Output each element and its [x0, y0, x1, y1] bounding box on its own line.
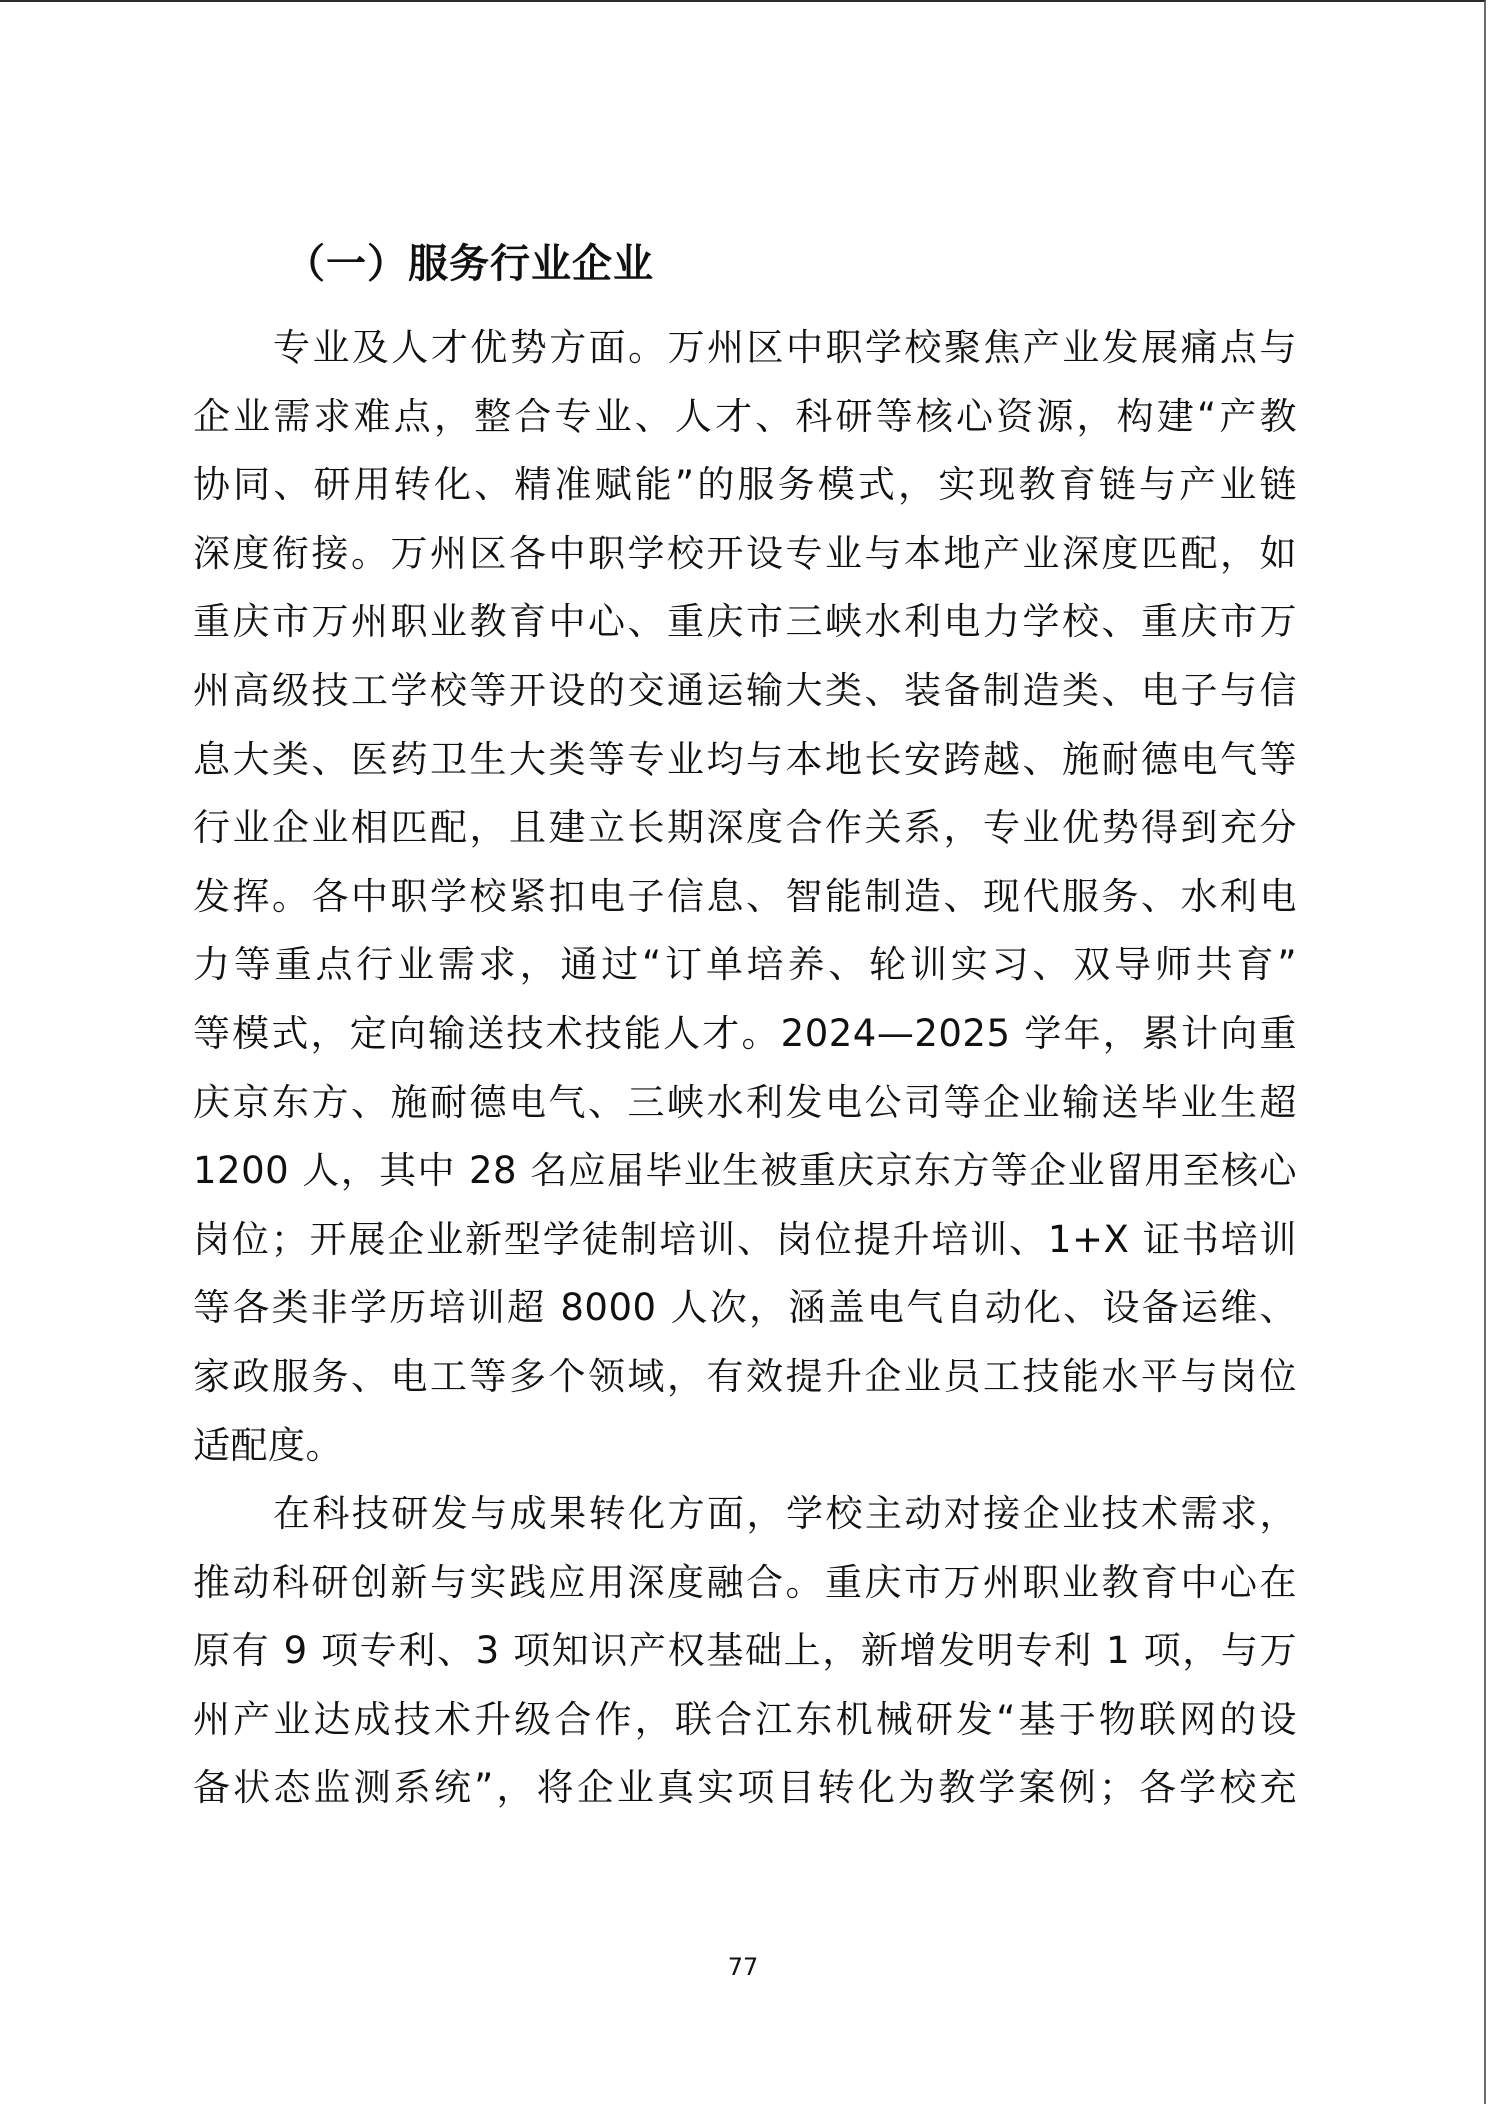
- text-line: 适配度。: [193, 1412, 1297, 1481]
- text-line: 州产业达成技术升级合作，联合江东机械研发“基于物联网的设: [193, 1686, 1297, 1755]
- text-line: 企业需求难点，整合专业、人才、科研等核心资源，构建“产教: [193, 383, 1297, 452]
- text-line: 原有 9 项专利、3 项知识产权基础上，新增发明专利 1 项，与万: [193, 1617, 1297, 1686]
- text-line: 在科技研发与成果转化方面，学校主动对接企业技术需求，: [193, 1480, 1297, 1549]
- text-line: 岗位；开展企业新型学徒制培训、岗位提升培训、1+X 证书培训: [193, 1206, 1297, 1275]
- text-line: 行业企业相匹配，且建立长期深度合作关系，专业优势得到充分: [193, 794, 1297, 863]
- page-number: 77: [0, 1952, 1486, 1982]
- text-line: 庆京东方、施耐德电气、三峡水利发电公司等企业输送毕业生超: [193, 1069, 1297, 1138]
- text-line: 力等重点行业需求，通过“订单培养、轮训实习、双导师共育”: [193, 931, 1297, 1000]
- paragraph-research-transfer: 在科技研发与成果转化方面，学校主动对接企业技术需求， 推动科研创新与实践应用深度…: [193, 1480, 1297, 1823]
- text-line: 1200 人，其中 28 名应届毕业生被重庆京东方等企业留用至核心: [193, 1137, 1297, 1206]
- text-line: 重庆市万州职业教育中心、重庆市三峡水利电力学校、重庆市万: [193, 588, 1297, 657]
- text-line: 协同、研用转化、精准赋能”的服务模式，实现教育链与产业链: [193, 451, 1297, 520]
- text-line: 发挥。各中职学校紧扣电子信息、智能制造、现代服务、水利电: [193, 863, 1297, 932]
- text-line: 等各类非学历培训超 8000 人次，涵盖电气自动化、设备运维、: [193, 1274, 1297, 1343]
- text-line: 专业及人才优势方面。万州区中职学校聚焦产业发展痛点与: [193, 314, 1297, 383]
- body-text: 专业及人才优势方面。万州区中职学校聚焦产业发展痛点与 企业需求难点，整合专业、人…: [193, 314, 1297, 1823]
- text-line: 备状态监测系统”，将企业真实项目转化为教学案例；各学校充: [193, 1754, 1297, 1823]
- document-page: （一）服务行业企业 专业及人才优势方面。万州区中职学校聚焦产业发展痛点与 企业需…: [0, 0, 1486, 2104]
- section-heading: （一）服务行业企业: [285, 238, 654, 290]
- paragraph-talent-advantage: 专业及人才优势方面。万州区中职学校聚焦产业发展痛点与 企业需求难点，整合专业、人…: [193, 314, 1297, 1480]
- text-line: 深度衔接。万州区各中职学校开设专业与本地产业深度匹配，如: [193, 520, 1297, 589]
- text-line: 推动科研创新与实践应用深度融合。重庆市万州职业教育中心在: [193, 1549, 1297, 1618]
- text-line: 息大类、医药卫生大类等专业均与本地长安跨越、施耐德电气等: [193, 726, 1297, 795]
- text-line: 等模式，定向输送技术技能人才。2024—2025 学年，累计向重: [193, 1000, 1297, 1069]
- text-line: 州高级技工学校等开设的交通运输大类、装备制造类、电子与信: [193, 657, 1297, 726]
- text-line: 家政服务、电工等多个领域，有效提升企业员工技能水平与岗位: [193, 1343, 1297, 1412]
